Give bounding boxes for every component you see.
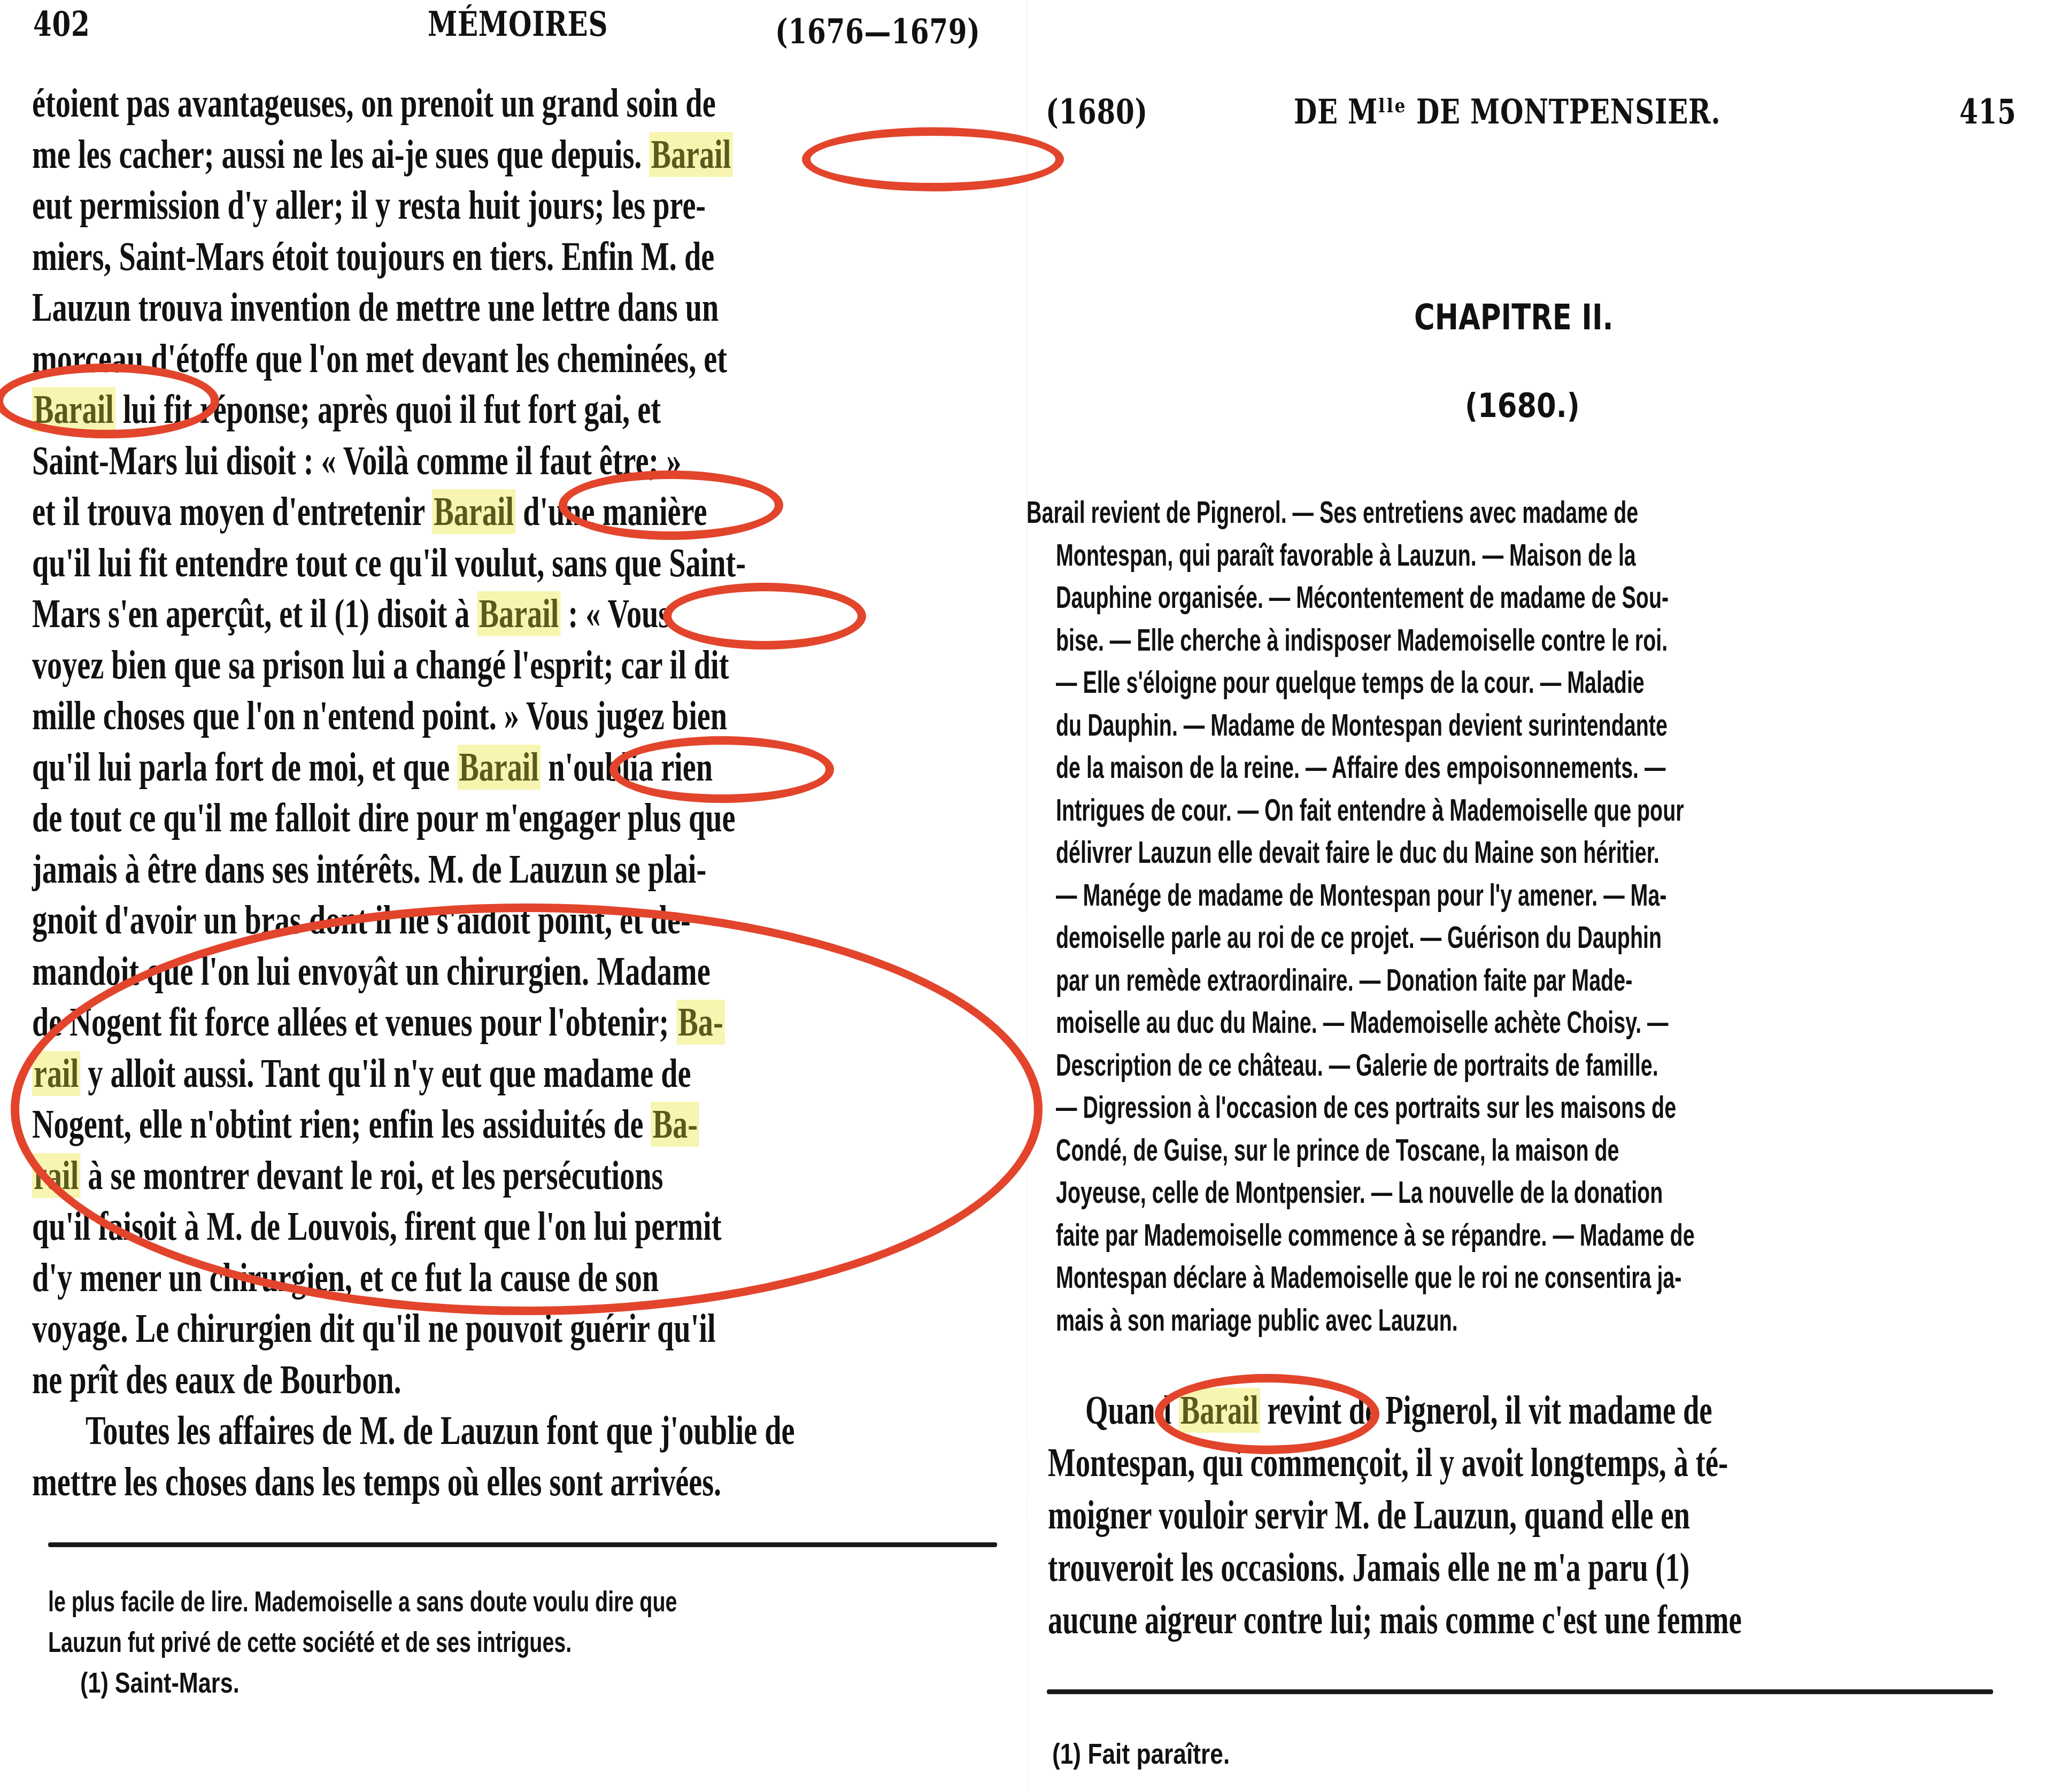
- text-span: à se montrer devant le roi, et les persé…: [80, 1153, 663, 1198]
- summary-line: — Manége de madame de Montespan pour l'y…: [1056, 877, 1666, 913]
- text-span: et il trouva moyen d'entretenir: [32, 489, 432, 534]
- text-span: lui fit réponse; après quoi il fut fort …: [115, 387, 661, 432]
- chapter-year: (1680.): [1465, 386, 1580, 425]
- highlighted-name: Barail: [457, 745, 541, 790]
- text-line: rail à se montrer devant le roi, et les …: [32, 1153, 663, 1199]
- text-span: Montespan, qui paraît favorable à Lauzun…: [1056, 538, 1636, 573]
- text-span: bise. — Elle cherche à indisposer Mademo…: [1056, 623, 1668, 658]
- text-span: de tout ce qu'il me falloit dire pour m'…: [32, 795, 735, 840]
- text-line: mettre les choses dans les temps où elle…: [32, 1459, 721, 1505]
- text-span: mandoit que l'on lui envoyât un chirurgi…: [32, 949, 711, 994]
- text-span: — Manége de madame de Montespan pour l'y…: [1056, 878, 1666, 913]
- text-span: Barail revient de Pignerol. — Ses entret…: [1026, 495, 1638, 530]
- text-span: Description de ce château. — Galerie de …: [1056, 1048, 1658, 1083]
- text-span: qu'il lui fit entendre tout ce qu'il vou…: [32, 540, 746, 585]
- text-line: eut permission d'y aller; il y resta hui…: [32, 182, 706, 229]
- text-span: y alloit aussi. Tant qu'il n'y eut que m…: [80, 1051, 691, 1096]
- text-span: n'oublia rien: [541, 745, 713, 790]
- text-span: Montespan déclare à Mademoiselle que le …: [1056, 1260, 1681, 1295]
- highlighted-name: Barail: [432, 489, 515, 534]
- text-line: voyage. Le chirurgien dit qu'il ne pouvo…: [32, 1306, 716, 1352]
- text-line: Nogent, elle n'obtint rien; enfin les as…: [32, 1101, 699, 1148]
- text-span: Quand: [1085, 1388, 1179, 1433]
- summary-line: délivrer Lauzun elle devait faire le duc…: [1056, 835, 1660, 870]
- text-span: par un remède extraordinaire. — Donation…: [1056, 963, 1632, 998]
- summary-line: Montespan, qui paraît favorable à Lauzun…: [1056, 537, 1636, 573]
- highlighted-name: Ba-: [676, 1000, 724, 1045]
- text-line: trouveroit les occasions. Jamais elle ne…: [1048, 1544, 1689, 1591]
- text-line: Quand Barail revint de Pignerol, il vit …: [1085, 1387, 1712, 1434]
- text-span: : « Vous: [560, 591, 670, 636]
- text-span: du Dauphin. — Madame de Montespan devien…: [1056, 708, 1668, 743]
- text-span: Montespan, qui commençoit, il y avoit lo…: [1048, 1440, 1728, 1485]
- text-line: moigner vouloir servir M. de Lauzun, qua…: [1048, 1492, 1690, 1539]
- summary-line: Dauphine organisée. — Mécontentement de …: [1056, 580, 1669, 615]
- date: (1680): [1046, 92, 1148, 132]
- footnote-rule: [1047, 1689, 1993, 1694]
- text-span: — Digression à l'occasion de ces portrai…: [1056, 1090, 1676, 1125]
- highlighted-name: Barail: [1179, 1388, 1260, 1433]
- text-line: rail y alloit aussi. Tant qu'il n'y eut …: [32, 1051, 691, 1097]
- text-span: me les cacher; aussi ne les ai-je sues q…: [32, 132, 649, 177]
- text-span: qu'il lui parla fort de moi, et que: [32, 745, 457, 790]
- text-span: mettre les choses dans les temps où elle…: [32, 1459, 721, 1504]
- text-line: d'y mener un chirurgien, et ce fut la ca…: [32, 1255, 659, 1301]
- highlighted-name: rail: [32, 1051, 80, 1096]
- text-span: Intrigues de cour. — On fait entendre à …: [1056, 793, 1684, 828]
- text-line: miers, Saint-Mars étoit toujours en tier…: [32, 234, 714, 280]
- text-line: voyez bien que sa prison lui a changé l'…: [32, 642, 729, 689]
- text-span: morceau d'étoffe que l'on met devant les…: [32, 336, 727, 381]
- running-title: DE Mˡˡᵉ DE MONTPENSIER.: [1294, 92, 1720, 132]
- text-line: étoient pas avantageuses, on prenoit un …: [32, 80, 716, 127]
- text-span: étoient pas avantageuses, on prenoit un …: [32, 81, 716, 126]
- page-number: 402: [33, 4, 90, 44]
- running-title: MÉMOIRES: [428, 4, 608, 44]
- highlighted-name: rail: [32, 1153, 80, 1198]
- highlighted-name: Ba-: [651, 1102, 699, 1147]
- date-range: (1676—1679): [775, 12, 981, 52]
- text-line: qu'il faisoit à M. de Louvois, firent qu…: [32, 1203, 721, 1250]
- highlighted-name: Barail: [477, 591, 561, 636]
- summary-line: — Elle s'éloigne pour quelque temps de l…: [1056, 665, 1645, 700]
- text-span: miers, Saint-Mars étoit toujours en tier…: [32, 234, 714, 279]
- text-line: Lauzun trouva invention de mettre une le…: [32, 284, 719, 331]
- text-line: aucune aigreur contre lui; mais comme c'…: [1048, 1597, 1742, 1643]
- text-span: Saint-Mars lui disoit : « Voilà comme il…: [32, 438, 681, 483]
- summary-line: moiselle au duc du Maine. — Mademoiselle…: [1056, 1005, 1669, 1040]
- footnote: le plus facile de lire. Mademoiselle a s…: [48, 1585, 677, 1618]
- text-span: revint de Pignerol, il vit madame de: [1260, 1388, 1712, 1433]
- summary-line: bise. — Elle cherche à indisposer Mademo…: [1056, 622, 1668, 658]
- text-line: mille choses que l'on n'entend point. » …: [32, 693, 727, 739]
- summary-line: Description de ce château. — Galerie de …: [1056, 1047, 1658, 1083]
- text-span: jamais à être dans ses intérêts. M. de L…: [32, 847, 706, 892]
- text-line: Montespan, qui commençoit, il y avoit lo…: [1048, 1440, 1728, 1486]
- text-line: et il trouva moyen d'entretenir Barail d…: [32, 489, 707, 535]
- text-span: moiselle au duc du Maine. — Mademoiselle…: [1056, 1005, 1669, 1040]
- text-line: gnoit d'avoir un bras dont il ne s'aidoi…: [32, 897, 691, 944]
- footnote: Lauzun fut privé de cette société et de …: [48, 1626, 572, 1659]
- text-span: Mars s'en aperçût, et il (1) disoit à: [32, 591, 477, 636]
- text-span: Dauphine organisée. — Mécontentement de …: [1056, 580, 1669, 615]
- text-span: voyage. Le chirurgien dit qu'il ne pouvo…: [32, 1306, 716, 1351]
- summary-line: du Dauphin. — Madame de Montespan devien…: [1056, 707, 1668, 743]
- footnote: (1) Fait paraître.: [1052, 1737, 1230, 1771]
- text-span: eut permission d'y aller; il y resta hui…: [32, 183, 706, 228]
- text-span: délivrer Lauzun elle devait faire le duc…: [1056, 835, 1660, 870]
- summary-line: de la maison de la reine. — Affaire des …: [1056, 750, 1665, 785]
- text-line: Saint-Mars lui disoit : « Voilà comme il…: [32, 438, 681, 484]
- text-span: voyez bien que sa prison lui a changé l'…: [32, 643, 729, 688]
- text-line: Toutes les affaires de M. de Lauzun font…: [86, 1408, 794, 1454]
- left-page: 402 MÉMOIRES (1676—1679) étoient pas ava…: [0, 0, 1026, 1792]
- text-line: qu'il lui fit entendre tout ce qu'il vou…: [32, 540, 746, 586]
- text-span: mille choses que l'on n'entend point. » …: [32, 693, 727, 738]
- summary-line: Condé, de Guise, sur le prince de Toscan…: [1056, 1132, 1619, 1168]
- text-line: de Nogent fit force allées et venues pou…: [32, 999, 725, 1046]
- summary-line: Joyeuse, celle de Montpensier. — La nouv…: [1056, 1175, 1663, 1210]
- summary-line: Montespan déclare à Mademoiselle que le …: [1056, 1260, 1681, 1295]
- summary-line: — Digression à l'occasion de ces portrai…: [1056, 1090, 1676, 1125]
- text-line: mandoit que l'on lui envoyât un chirurgi…: [32, 948, 711, 995]
- text-span: d'une manière: [515, 489, 707, 534]
- summary-line: demoiselle parle au roi de ce projet. — …: [1056, 920, 1662, 955]
- text-span: Lauzun trouva invention de mettre une le…: [32, 285, 719, 330]
- text-span: gnoit d'avoir un bras dont il ne s'aidoi…: [32, 898, 691, 943]
- text-span: trouveroit les occasions. Jamais elle ne…: [1048, 1545, 1689, 1590]
- summary-line: mais à son mariage public avec Lauzun.: [1056, 1302, 1458, 1338]
- text-line: Mars s'en aperçût, et il (1) disoit à Ba…: [32, 591, 670, 637]
- text-line: qu'il lui parla fort de moi, et que Bara…: [32, 744, 713, 791]
- highlighted-name: Barail: [32, 387, 115, 432]
- footnote-rule: [48, 1542, 997, 1547]
- text-span: moigner vouloir servir M. de Lauzun, qua…: [1048, 1493, 1690, 1538]
- text-line: morceau d'étoffe que l'on met devant les…: [32, 336, 727, 382]
- page-number: 415: [1959, 92, 2017, 132]
- chapter-title: CHAPITRE II.: [1414, 297, 1614, 338]
- text-span: Condé, de Guise, sur le prince de Toscan…: [1056, 1133, 1619, 1168]
- text-span: de la maison de la reine. — Affaire des …: [1056, 750, 1665, 785]
- text-span: aucune aigreur contre lui; mais comme c'…: [1048, 1597, 1742, 1642]
- text-span: qu'il faisoit à M. de Louvois, firent qu…: [32, 1204, 721, 1249]
- right-page: (1680) DE Mˡˡᵉ DE MONTPENSIER. 415 CHAPI…: [1026, 0, 2053, 1792]
- text-line: de tout ce qu'il me falloit dire pour m'…: [32, 795, 735, 841]
- footnote: (1) Saint-Mars.: [80, 1666, 240, 1700]
- text-line: Barail lui fit réponse; après quoi il fu…: [32, 387, 661, 433]
- text-line: ne prît des eaux de Bourbon.: [32, 1357, 402, 1403]
- text-span: ne prît des eaux de Bourbon.: [32, 1357, 402, 1402]
- summary-line: par un remède extraordinaire. — Donation…: [1056, 962, 1632, 998]
- summary-line: faite par Mademoiselle commence à se rép…: [1056, 1217, 1695, 1253]
- text-span: demoiselle parle au roi de ce projet. — …: [1056, 920, 1662, 955]
- highlighted-name: Barail: [649, 132, 732, 177]
- text-span: Joyeuse, celle de Montpensier. — La nouv…: [1056, 1175, 1663, 1210]
- text-span: de Nogent fit force allées et venues pou…: [32, 1000, 676, 1045]
- text-span: Nogent, elle n'obtint rien; enfin les as…: [32, 1102, 651, 1147]
- text-line: jamais à être dans ses intérêts. M. de L…: [32, 846, 706, 893]
- text-span: Toutes les affaires de M. de Lauzun font…: [86, 1408, 794, 1453]
- summary-line: Intrigues de cour. — On fait entendre à …: [1056, 792, 1684, 828]
- text-span: mais à son mariage public avec Lauzun.: [1056, 1303, 1458, 1338]
- summary-line: Barail revient de Pignerol. — Ses entret…: [1026, 495, 1638, 530]
- text-span: d'y mener un chirurgien, et ce fut la ca…: [32, 1255, 659, 1300]
- text-line: me les cacher; aussi ne les ai-je sues q…: [32, 132, 732, 178]
- text-span: faite par Mademoiselle commence à se rép…: [1056, 1218, 1695, 1253]
- text-span: — Elle s'éloigne pour quelque temps de l…: [1056, 665, 1645, 700]
